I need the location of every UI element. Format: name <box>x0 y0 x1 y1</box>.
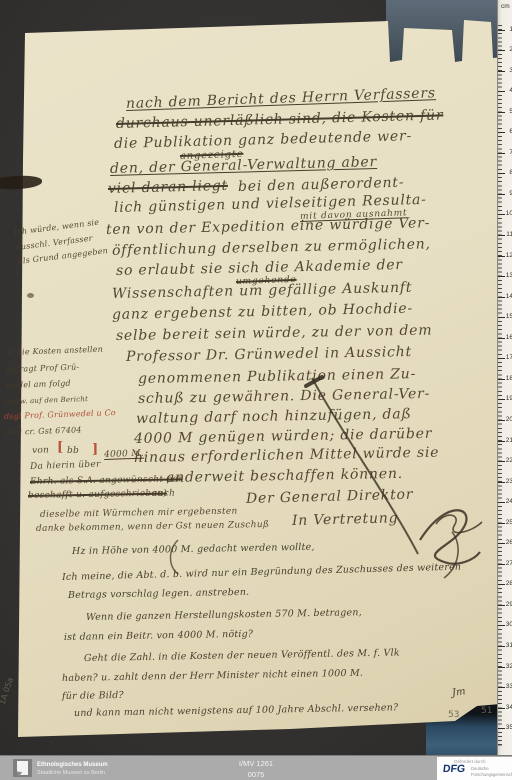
manuscript-line: Ich meine, die Abt. d. b. wird nur ein B… <box>62 562 461 583</box>
ruler-cm-number: 13 <box>504 272 512 279</box>
ruler-unit-label: cm <box>501 3 510 10</box>
manuscript-line: auch <box>152 489 175 499</box>
shelfmark-block: I/MV 1261 0075 <box>0 758 512 780</box>
manuscript-line: ten von der Expedition eine würdige Ver- <box>106 215 431 238</box>
manuscript-line: beschafft u. aufgeschrieben) <box>28 489 167 501</box>
manuscript-line: 1A 05a <box>0 676 15 706</box>
manuscript-line: selbe bereit sein würde, zu der von dem <box>116 322 433 344</box>
manuscript-line: Professor Dr. Grünwedel in Aussicht <box>126 344 412 365</box>
manuscript-line: 51 <box>481 706 492 716</box>
ruler-cm-number: 11 <box>504 231 512 238</box>
ruler-cm-number: 2 <box>504 46 512 53</box>
dfg-full-name: Deutsche Forschungsgemeinschaft <box>471 766 512 779</box>
manuscript-line: viel daran liegt <box>108 178 228 197</box>
manuscript-line: danke bekommen, wenn der Gst neuen Zusch… <box>36 520 269 534</box>
ruler-cm-number: 30 <box>504 621 512 628</box>
ruler-cm-number: 6 <box>504 128 512 135</box>
ruler-cm-number: 28 <box>504 580 512 587</box>
manuscript-line: Da hierin über <box>30 460 101 472</box>
ruler-cm-number: 33 <box>504 683 512 690</box>
manuscript-line: wedel am folgd <box>6 379 71 390</box>
ruler-cm-number: 4 <box>504 87 512 94</box>
manuscript-line: ] <box>92 442 98 457</box>
dfg-name-line2: Forschungsgemeinschaft <box>471 772 512 778</box>
ruler-cm-number: 17 <box>504 354 512 361</box>
manuscript-line: von <box>32 445 50 456</box>
manuscript-line: 4000 M. <box>104 449 144 460</box>
manuscript-line: Hz in Höhe von 4000 M. gedacht werden wo… <box>72 542 315 557</box>
dfg-acronym: DFG <box>442 763 465 775</box>
manuscript-line: E die Kosten anstellen <box>8 345 103 357</box>
manuscript-line: dsgl Prof. Grünwedel u Co <box>4 408 116 421</box>
manuscript-line: Mai cr. Gst 67404 <box>6 425 82 437</box>
handwriting-layer: nach dem Bericht des Herrn Verfassersdur… <box>0 0 512 755</box>
manuscript-line: die Publikation ganz bedeutende wer- <box>114 128 412 152</box>
manuscript-line: 4000 M genügen würden; die darüber <box>134 426 433 447</box>
ruler-cm-number: 1 <box>504 26 512 33</box>
manuscript-line: schuß zu gewähren. Die General-Ver- <box>138 386 430 407</box>
manuscript-line: gefragt Prof Grü- <box>6 362 80 374</box>
manuscript-line: bb <box>67 446 79 456</box>
ruler-cm-number: 15 <box>504 313 512 320</box>
ruler-cm-number: 9 <box>504 190 512 197</box>
manuscript-line: ist dann ein Beitr. von 4000 M. nötig? <box>64 629 253 643</box>
manuscript-line: für die Bild? <box>62 690 124 702</box>
manuscript-line: waltung darf noch hinzufügen, daß <box>136 406 412 427</box>
manuscript-line: In Vertretung <box>292 510 399 529</box>
manuscript-line: öffentlichung derselben zu ermöglichen, <box>112 236 431 259</box>
ruler-cm-number: 24 <box>504 498 512 505</box>
manuscript-line: Der General Direktor <box>246 487 414 507</box>
ruler-cm-number: 22 <box>504 457 512 464</box>
manuscript-line: (Antw. auf den Bericht <box>4 395 88 406</box>
ruler-cm-number: 5 <box>504 108 512 115</box>
ruler-cm-number: 25 <box>504 519 512 526</box>
ruler-cm-number: 14 <box>504 293 512 300</box>
ruler-cm-number: 32 <box>504 663 512 670</box>
manuscript-line: hinaus erforderlichen Mittel würde sie <box>134 445 440 466</box>
ruler-cm-number: 8 <box>504 169 512 176</box>
ruler-cm-number: 35 <box>504 724 512 731</box>
manuscript-line: bei den außerordent- <box>238 175 405 195</box>
ruler-cm-number: 12 <box>504 252 512 259</box>
ruler-cm-number: 16 <box>504 334 512 341</box>
ruler-cm-number: 31 <box>504 642 512 649</box>
ruler-cm-number: 27 <box>504 560 512 567</box>
ruler-cm-number: 29 <box>504 601 512 608</box>
manuscript-line: dieselbe mit Würmchen mir ergebensten <box>40 507 238 520</box>
manuscript-line: 53 <box>448 710 459 720</box>
manuscript-line: den, der General-Verwaltung aber <box>110 154 377 177</box>
ruler-cm-number: 3 <box>504 67 512 74</box>
ruler-cm-number: 19 <box>504 395 512 402</box>
manuscript-line: [ <box>57 440 63 455</box>
ruler-cm-number: 10 <box>504 210 512 217</box>
manuscript-line: Geht die Zahl. in die Kosten der neuen V… <box>84 647 400 664</box>
ruler-cm-number: 26 <box>504 539 512 546</box>
ruler-mm-ticks <box>498 25 502 747</box>
manuscript-line: Ehrh. als S.A. angewünscht per <box>30 474 183 487</box>
manuscript-line: ganz ergebenst zu bitten, ob Hochdie- <box>112 301 413 323</box>
manuscript-line: anderweit beschaffen können. <box>166 466 403 486</box>
ruler-cm-number: 23 <box>504 478 512 485</box>
ruler-cm-number: 34 <box>504 704 512 711</box>
ruler-cm-number: 21 <box>504 437 512 444</box>
manuscript-line: Jm <box>451 686 466 699</box>
manuscript-line: haben? u. zahlt denn der Herr Minister n… <box>62 668 363 684</box>
manuscript-line: Wenn die ganzen Herstellungskosten 570 M… <box>86 607 362 623</box>
manuscript-line: genommenen Publikation einen Zu- <box>138 366 416 387</box>
manuscript-line: Wissenschaften um gefällige Auskunft <box>112 280 413 302</box>
manuscript-line: und kann man nicht wenigstens auf 100 Ja… <box>74 702 398 719</box>
image-number: 0075 <box>0 769 512 780</box>
ruler-cm-number: 20 <box>504 416 512 423</box>
ruler: cm 1234567891011121314151617181920212223… <box>497 0 512 755</box>
manuscript-line: Betrags vorschlag legen. anstreben. <box>68 587 250 601</box>
ruler-cm-number: 7 <box>504 149 512 156</box>
ruler-cm-number: 18 <box>504 375 512 382</box>
scan-viewer: nach dem Bericht des Herrn Verfassersdur… <box>0 0 512 780</box>
dfg-logo: Gefördert durch DFG Deutsche Forschungsg… <box>437 757 512 780</box>
shelfmark: I/MV 1261 <box>0 758 512 769</box>
